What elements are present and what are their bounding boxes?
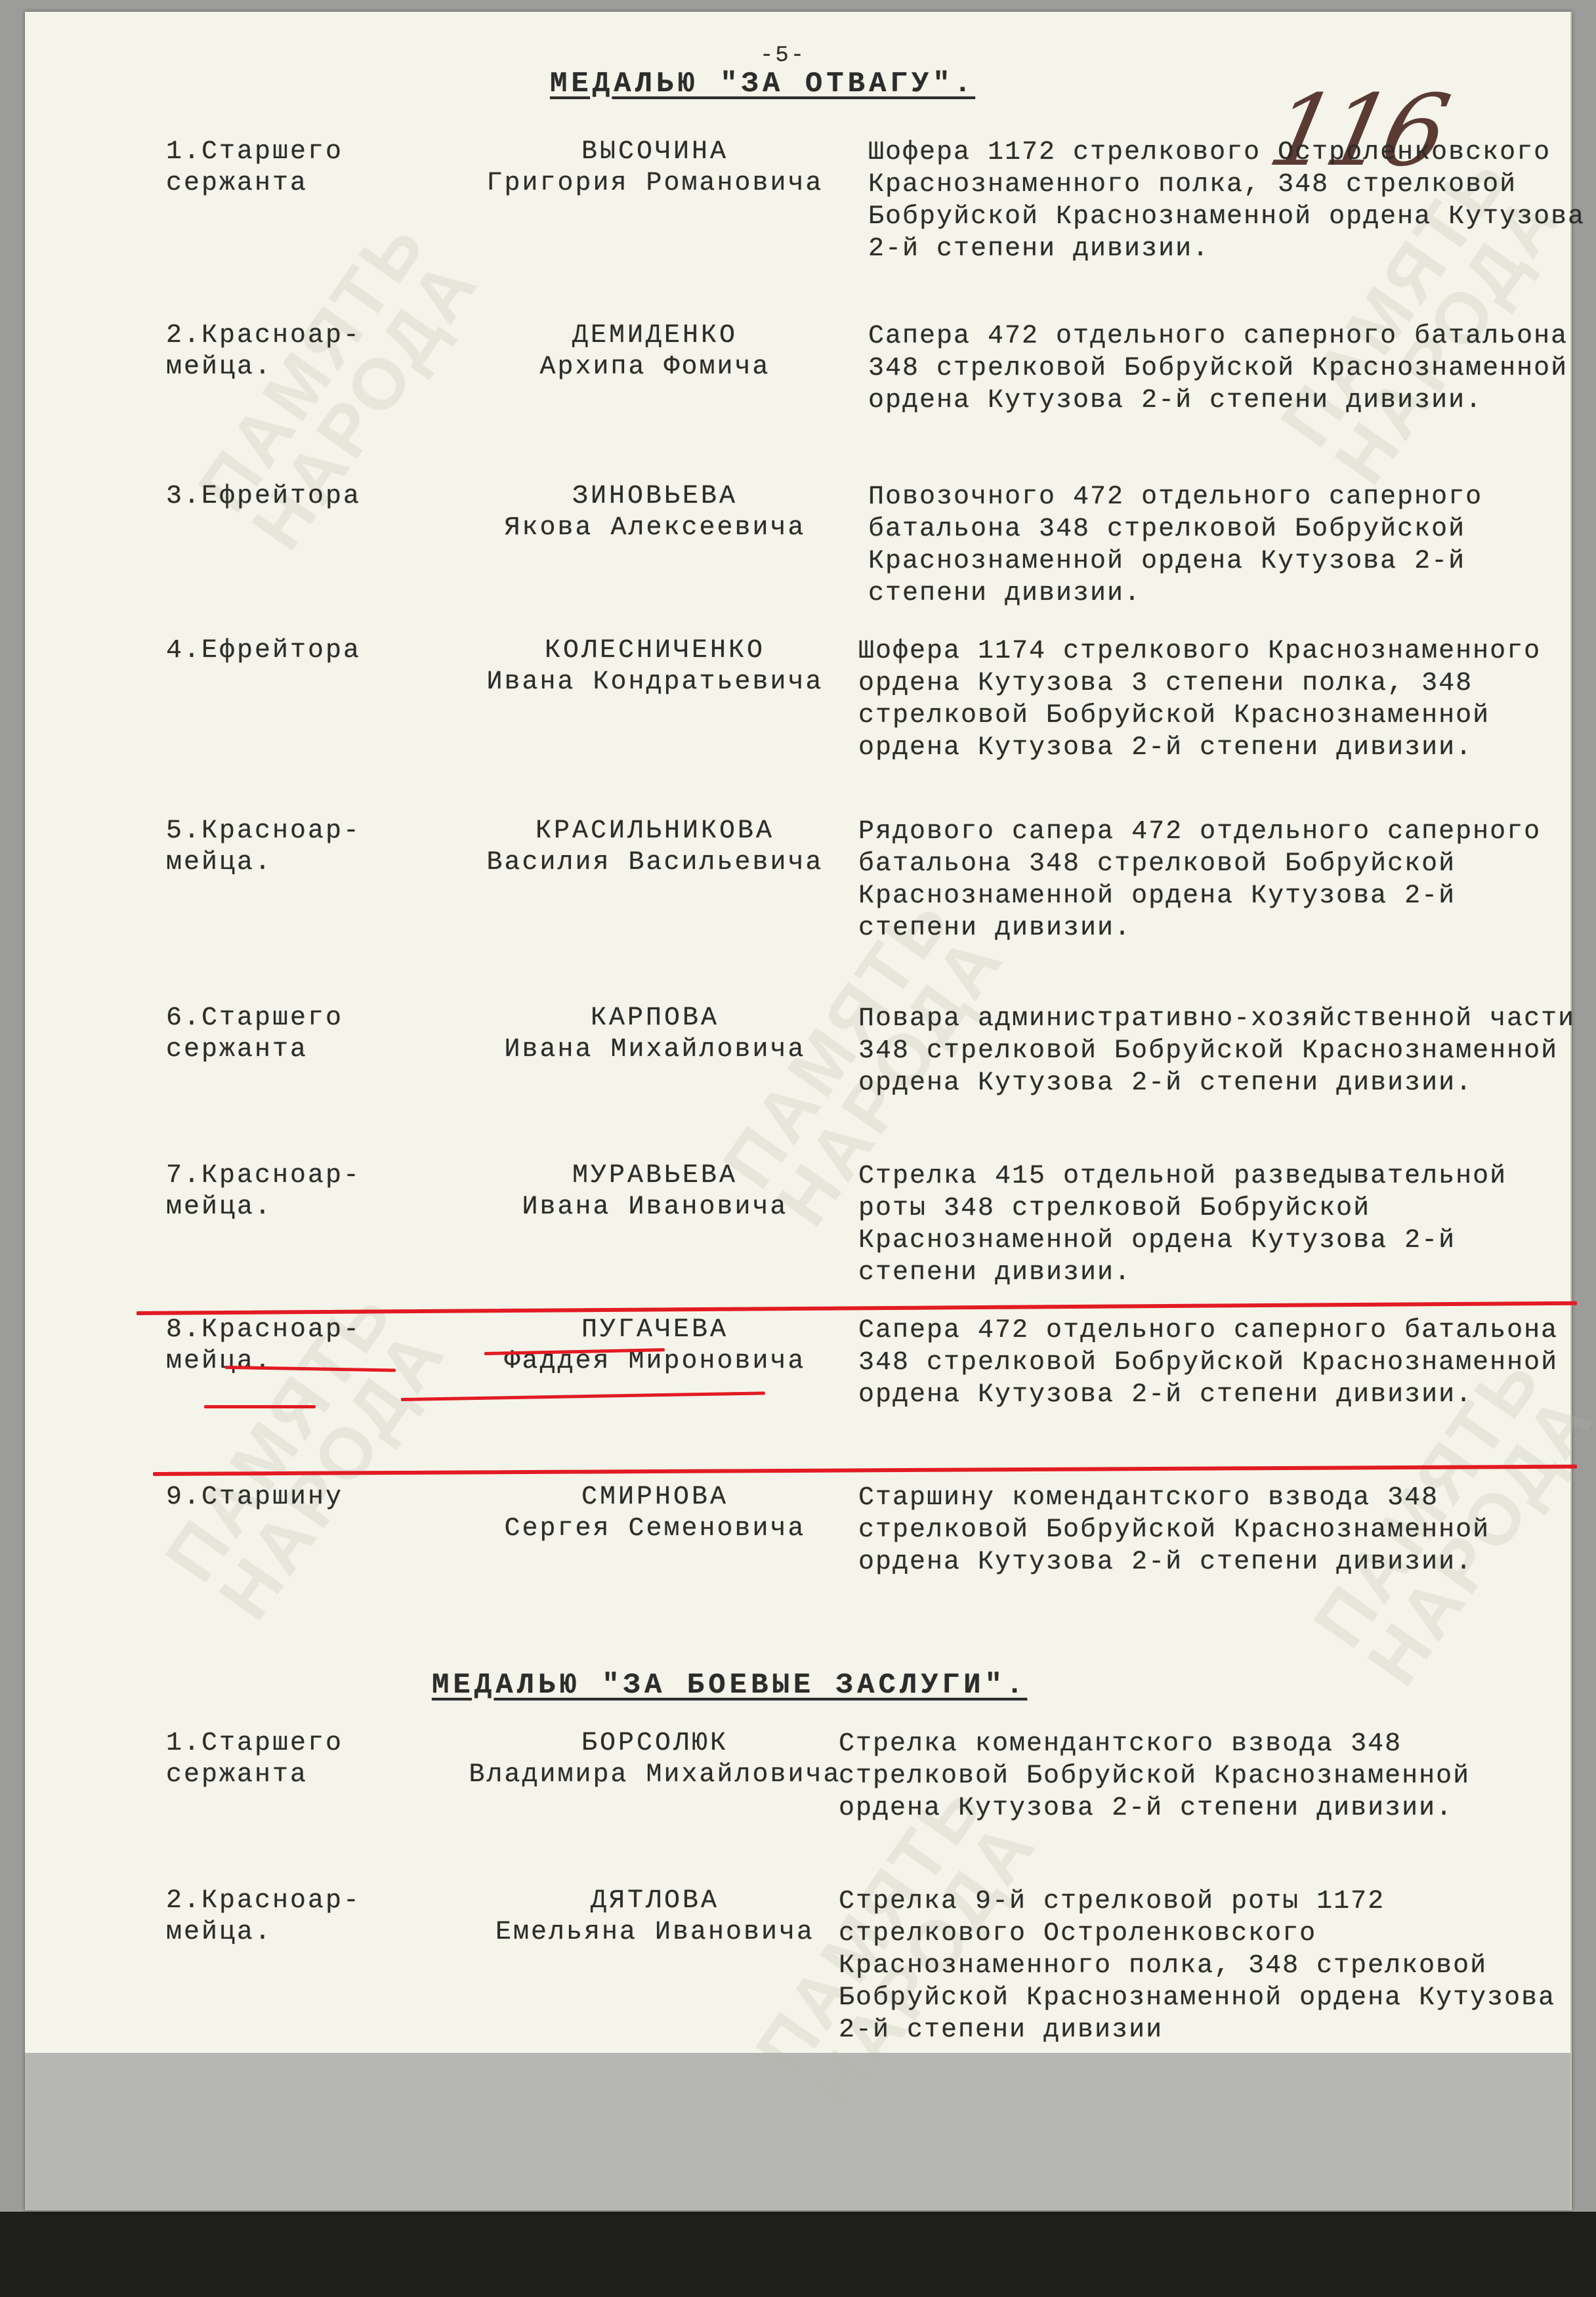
- entry-rank: 1.Старшего сержанта: [166, 1728, 442, 1791]
- entry-rank: 6.Старшего сержанта: [166, 1003, 442, 1066]
- entry-given-names: Василия Васильевича: [486, 848, 823, 877]
- entry-name: БОРСОЛЮКВладимира Михайловича: [412, 1728, 898, 1791]
- entry-rank: 1.Старшего сержанта: [166, 137, 442, 200]
- entry-description: Старшину комендантского взвода 348 стрел…: [858, 1482, 1587, 1578]
- entry-description: Повозочного 472 отдельного саперного бат…: [868, 481, 1596, 610]
- entry-surname: ПУГАЧЕВА: [412, 1315, 898, 1346]
- entry-name: ПУГАЧЕВАФаддея Мироновича: [412, 1315, 898, 1378]
- entry-description: Сапера 472 отдельного саперного батальон…: [868, 320, 1596, 417]
- entry-description: Рядового сапера 472 отдельного саперного…: [858, 816, 1587, 944]
- document-page: ПАМЯТЬ НАРОДА ПАМЯТЬ НАРОДА ПАМЯТЬ НАРОД…: [25, 12, 1572, 2210]
- section-title: МЕДАЛЬЮ "ЗА ОТВАГУ".: [550, 68, 975, 100]
- entry-surname: ДЯТЛОВА: [412, 1886, 898, 1917]
- entry-given-names: Якова Алексеевича: [504, 513, 805, 543]
- entry-number: 2.: [166, 321, 201, 350]
- entry-number: 5.: [166, 816, 201, 846]
- entry-description: Повара административно-хозяйственной час…: [858, 1003, 1587, 1099]
- entry-surname: ВЫСОЧИНА: [412, 137, 898, 168]
- entry-description: Стрелка 415 отдельной разведывательной р…: [858, 1160, 1587, 1289]
- entry-surname: БОРСОЛЮК: [412, 1728, 898, 1760]
- entry-given-names: Архипа Фомича: [539, 352, 770, 382]
- entry-number: 9.: [166, 1483, 201, 1512]
- entry-given-names: Емельяна Ивановича: [495, 1918, 814, 1947]
- entry-given-names: Владимира Михайловича: [469, 1760, 841, 1790]
- entry-rank: 2.Красноар- мейца.: [166, 320, 442, 383]
- entry-rank: 9.Старшину: [166, 1482, 442, 1513]
- entry-name: СМИРНОВАСергея Семеновича: [412, 1482, 898, 1545]
- section-title: МЕДАЛЬЮ "ЗА БОЕВЫЕ ЗАСЛУГИ".: [432, 1669, 1027, 1702]
- entry-surname: ЗИНОВЬЕВА: [412, 481, 898, 513]
- entry-given-names: Сергея Семеновича: [504, 1514, 805, 1544]
- entry-rank: 3.Ефрейтора: [166, 481, 442, 513]
- scanner-bed-edge: [0, 2212, 1596, 2297]
- entry-description: Шофера 1172 стрелкового Остроленковского…: [868, 137, 1596, 265]
- entry-rank: 4.Ефрейтора: [166, 635, 442, 667]
- entry-number: 1.: [166, 137, 201, 167]
- entry-surname: КАРПОВА: [412, 1003, 898, 1034]
- entry-number: 8.: [166, 1315, 201, 1345]
- entry-surname: КРАСИЛЬНИКОВА: [412, 816, 898, 847]
- entry-rank-text: Старшину: [201, 1483, 343, 1512]
- entry-given-names: Ивана Кондратьевича: [486, 667, 823, 697]
- entry-rank: 7.Красноар- мейца.: [166, 1160, 442, 1223]
- entry-name: ДЯТЛОВАЕмельяна Ивановича: [412, 1886, 898, 1949]
- entry-number: 3.: [166, 482, 201, 511]
- entry-number: 1.: [166, 1729, 201, 1758]
- scan-margin-bottom: [25, 2053, 1570, 2210]
- entry-description: Шофера 1174 стрелкового Краснознаменного…: [858, 635, 1587, 764]
- underline-rank-cont: [204, 1405, 316, 1408]
- entry-surname: КОЛЕСНИЧЕНКО: [412, 635, 898, 667]
- entry-description: Сапера 472 отдельного саперного батальон…: [858, 1315, 1587, 1411]
- entry-given-names: Ивана Михайловича: [504, 1035, 805, 1064]
- entry-name: ВЫСОЧИНАГригория Романовича: [412, 137, 898, 200]
- entry-surname: СМИРНОВА: [412, 1482, 898, 1513]
- entry-name: МУРАВЬЕВАИвана Ивановича: [412, 1160, 898, 1223]
- entry-rank: 2.Красноар- мейца.: [166, 1886, 442, 1949]
- entry-given-names: Григория Романовича: [486, 169, 823, 198]
- entry-name: КОЛЕСНИЧЕНКОИвана Кондратьевича: [412, 635, 898, 698]
- entry-number: 6.: [166, 1003, 201, 1033]
- entry-number: 4.: [166, 636, 201, 665]
- entry-number: 7.: [166, 1161, 201, 1191]
- page-number: -5-: [760, 43, 806, 68]
- entry-rank-text: Ефрейтора: [201, 636, 361, 665]
- entry-name: ДЕМИДЕНКОАрхипа Фомича: [412, 320, 898, 383]
- entry-name: КАРПОВАИвана Михайловича: [412, 1003, 898, 1066]
- entry-given-names: Ивана Ивановича: [522, 1192, 787, 1222]
- entry-description: Стрелка 9-й стрелковой роты 1172 стрелко…: [839, 1886, 1567, 2046]
- entry-name: ЗИНОВЬЕВАЯкова Алексеевича: [412, 481, 898, 544]
- entry-description: Стрелка комендантского взвода 348 стрелк…: [839, 1728, 1567, 1824]
- entry-rank: 5.Красноар- мейца.: [166, 816, 442, 879]
- entry-rank-text: Ефрейтора: [201, 482, 361, 511]
- entry-surname: ДЕМИДЕНКО: [412, 320, 898, 352]
- entry-number: 2.: [166, 1886, 201, 1916]
- entry-name: КРАСИЛЬНИКОВАВасилия Васильевича: [412, 816, 898, 879]
- entry-surname: МУРАВЬЕВА: [412, 1160, 898, 1192]
